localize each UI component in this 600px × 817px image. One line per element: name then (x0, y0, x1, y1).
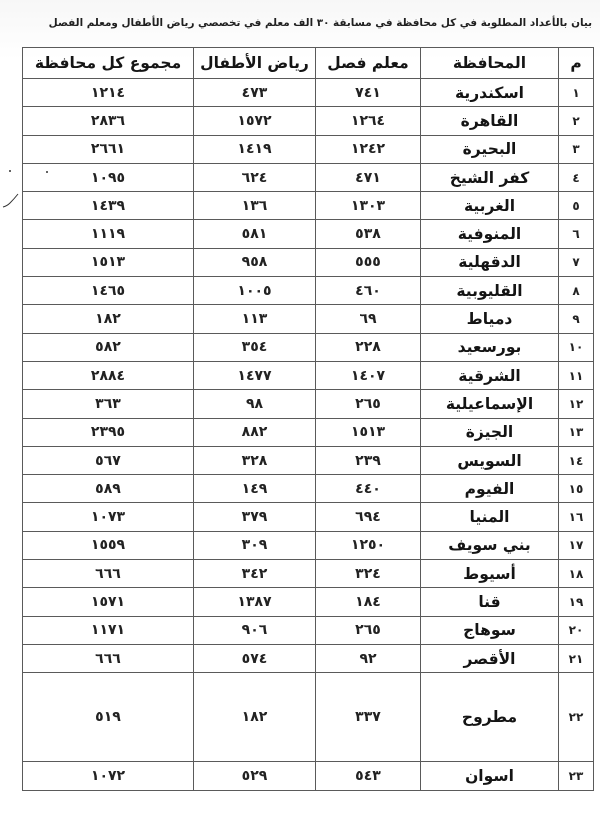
table-row: ٨القليوبية٤٦٠١٠٠٥١٤٦٥ (23, 277, 594, 305)
cell-kindergarten: ٣٥٤ (194, 333, 316, 361)
cell-kindergarten: ٩٨ (194, 390, 316, 418)
cell-governorate: سوهاج (421, 616, 559, 644)
cell-total: ٣٦٣ (23, 390, 194, 418)
cell-index: ٢٠ (559, 616, 594, 644)
cell-governorate: الغربية (421, 192, 559, 220)
table-row: ٧الدقهلية٥٥٥٩٥٨١٥١٣ (23, 248, 594, 276)
table-row: ١٨أسيوط٣٢٤٣٤٢٦٦٦ (23, 560, 594, 588)
cell-class-teacher: ١٢٤٢ (316, 135, 421, 163)
cell-index: ٧ (559, 248, 594, 276)
cell-index: ٢١ (559, 644, 594, 672)
cell-index: ١٧ (559, 531, 594, 559)
cell-class-teacher: ٦٩٤ (316, 503, 421, 531)
cell-kindergarten: ١٣٨٧ (194, 588, 316, 616)
cell-governorate: المنوفية (421, 220, 559, 248)
cell-kindergarten: ٦٢٤ (194, 163, 316, 191)
table-row: ٩دمياط٦٩١١٣١٨٢ (23, 305, 594, 333)
cell-class-teacher: ٥٣٨ (316, 220, 421, 248)
cell-total: ١٢١٤ (23, 79, 194, 107)
table-row: ١٢الإسماعيلية٢٦٥٩٨٣٦٣ (23, 390, 594, 418)
table-row: ٢٣اسوان٥٤٣٥٢٩١٠٧٢ (23, 762, 594, 791)
cell-governorate: قنا (421, 588, 559, 616)
cell-total: ٥١٩ (23, 673, 194, 762)
cell-class-teacher: ٩٢ (316, 644, 421, 672)
cell-governorate: الفيوم (421, 475, 559, 503)
cell-index: ٢٣ (559, 762, 594, 791)
cell-index: ١٩ (559, 588, 594, 616)
cell-class-teacher: ١٨٤ (316, 588, 421, 616)
cell-kindergarten: ١٥٧٢ (194, 107, 316, 135)
governorate-requirements-table: م المحافظة معلم فصل رياض الأطفال مجموع ك… (22, 47, 594, 791)
cell-total: ٢٨٨٤ (23, 361, 194, 389)
cell-total: ١٤٦٥ (23, 277, 194, 305)
cell-kindergarten: ١٤١٩ (194, 135, 316, 163)
cell-kindergarten: ٥٢٩ (194, 762, 316, 791)
cell-kindergarten: ١٨٢ (194, 673, 316, 762)
cell-total: ٦٦٦ (23, 644, 194, 672)
cell-total: ١٤٣٩ (23, 192, 194, 220)
cell-governorate: الأقصر (421, 644, 559, 672)
cell-governorate: السويس (421, 446, 559, 474)
cell-index: ٩ (559, 305, 594, 333)
cell-governorate: البحيرة (421, 135, 559, 163)
cell-index: ١٣ (559, 418, 594, 446)
table-row: ١٧بني سويف١٢٥٠٣٠٩١٥٥٩ (23, 531, 594, 559)
cell-governorate: اسوان (421, 762, 559, 791)
cell-governorate: المنيا (421, 503, 559, 531)
table-row: ٣البحيرة١٢٤٢١٤١٩٢٦٦١ (23, 135, 594, 163)
cell-index: ١٨ (559, 560, 594, 588)
cell-class-teacher: ٢٢٨ (316, 333, 421, 361)
cell-kindergarten: ٣٢٨ (194, 446, 316, 474)
cell-class-teacher: ٥٤٣ (316, 762, 421, 791)
document-title: بيان بالأعداد المطلوبة في كل محافظة في م… (78, 13, 592, 33)
header-kindergarten: رياض الأطفال (194, 48, 316, 79)
cell-index: ٢ (559, 107, 594, 135)
cell-index: ١٦ (559, 503, 594, 531)
cell-total: ٥٦٧ (23, 446, 194, 474)
cell-total: ١٥١٣ (23, 248, 194, 276)
cell-total: ١٠٩٥ (23, 163, 194, 191)
header-total: مجموع كل محافظة (23, 48, 194, 79)
table-row: ١اسكندرية٧٤١٤٧٣١٢١٤ (23, 79, 594, 107)
cell-kindergarten: ٥٨١ (194, 220, 316, 248)
cell-kindergarten: ٣٧٩ (194, 503, 316, 531)
cell-index: ١٤ (559, 446, 594, 474)
table-row: ٥الغربية١٣٠٣١٣٦١٤٣٩ (23, 192, 594, 220)
cell-total: ٢٨٣٦ (23, 107, 194, 135)
cell-class-teacher: ٢٣٩ (316, 446, 421, 474)
cell-total: ١٥٥٩ (23, 531, 194, 559)
cell-index: ١٥ (559, 475, 594, 503)
table-row: ١٥الفيوم٤٤٠١٤٩٥٨٩ (23, 475, 594, 503)
cell-index: ٨ (559, 277, 594, 305)
cell-index: ٢٢ (559, 673, 594, 762)
cell-class-teacher: ١٣٠٣ (316, 192, 421, 220)
cell-kindergarten: ٤٧٣ (194, 79, 316, 107)
stray-dot (9, 170, 11, 172)
cell-index: ١٢ (559, 390, 594, 418)
cell-class-teacher: ٢٦٥ (316, 616, 421, 644)
cell-class-teacher: ١٢٥٠ (316, 531, 421, 559)
cell-kindergarten: ٥٧٤ (194, 644, 316, 672)
table-row: ٢٢مطروح٣٣٧١٨٢٥١٩ (23, 673, 594, 762)
table-row: ١١الشرقية١٤٠٧١٤٧٧٢٨٨٤ (23, 361, 594, 389)
cell-governorate: القليوبية (421, 277, 559, 305)
cell-class-teacher: ٥٥٥ (316, 248, 421, 276)
cell-index: ٤ (559, 163, 594, 191)
cell-kindergarten: ٣٤٢ (194, 560, 316, 588)
cell-kindergarten: ١٠٠٥ (194, 277, 316, 305)
cell-class-teacher: ٧٤١ (316, 79, 421, 107)
cell-kindergarten: ٣٠٩ (194, 531, 316, 559)
cell-total: ١٠٧٢ (23, 762, 194, 791)
cell-total: ١٠٧٣ (23, 503, 194, 531)
cell-kindergarten: ١٣٦ (194, 192, 316, 220)
cell-total: ١٥٧١ (23, 588, 194, 616)
pen-stroke-mark (2, 193, 22, 209)
cell-index: ٦ (559, 220, 594, 248)
cell-governorate: الجيزة (421, 418, 559, 446)
cell-governorate: اسكندرية (421, 79, 559, 107)
cell-kindergarten: ١٤٩ (194, 475, 316, 503)
cell-class-teacher: ٦٩ (316, 305, 421, 333)
cell-total: ٥٨٩ (23, 475, 194, 503)
cell-total: ١١١٩ (23, 220, 194, 248)
cell-class-teacher: ١٤٠٧ (316, 361, 421, 389)
table-row: ١٤السويس٢٣٩٣٢٨٥٦٧ (23, 446, 594, 474)
table-row: ٢١الأقصر٩٢٥٧٤٦٦٦ (23, 644, 594, 672)
cell-class-teacher: ٤٤٠ (316, 475, 421, 503)
cell-class-teacher: ١٢٦٤ (316, 107, 421, 135)
table-row: ٢٠سوهاج٢٦٥٩٠٦١١٧١ (23, 616, 594, 644)
cell-kindergarten: ٨٨٢ (194, 418, 316, 446)
cell-governorate: بورسعيد (421, 333, 559, 361)
cell-class-teacher: ٣٣٧ (316, 673, 421, 762)
cell-kindergarten: ٩٥٨ (194, 248, 316, 276)
table-row: ١٠بورسعيد٢٢٨٣٥٤٥٨٢ (23, 333, 594, 361)
cell-kindergarten: ٩٠٦ (194, 616, 316, 644)
cell-class-teacher: ١٥١٣ (316, 418, 421, 446)
table-row: ٢القاهرة١٢٦٤١٥٧٢٢٨٣٦ (23, 107, 594, 135)
table-row: ١٦المنيا٦٩٤٣٧٩١٠٧٣ (23, 503, 594, 531)
cell-index: ١ (559, 79, 594, 107)
cell-governorate: بني سويف (421, 531, 559, 559)
table-row: ١٣الجيزة١٥١٣٨٨٢٢٣٩٥ (23, 418, 594, 446)
table-body: ١اسكندرية٧٤١٤٧٣١٢١٤٢القاهرة١٢٦٤١٥٧٢٢٨٣٦٣… (23, 79, 594, 791)
cell-total: ٦٦٦ (23, 560, 194, 588)
cell-total: ٢٦٦١ (23, 135, 194, 163)
cell-governorate: دمياط (421, 305, 559, 333)
cell-governorate: الإسماعيلية (421, 390, 559, 418)
cell-governorate: كفر الشيخ (421, 163, 559, 191)
cell-governorate: القاهرة (421, 107, 559, 135)
header-governorate: المحافظة (421, 48, 559, 79)
header-index: م (559, 48, 594, 79)
cell-index: ٥ (559, 192, 594, 220)
cell-class-teacher: ٣٢٤ (316, 560, 421, 588)
cell-total: ١١٧١ (23, 616, 194, 644)
cell-index: ٣ (559, 135, 594, 163)
cell-governorate: الدقهلية (421, 248, 559, 276)
cell-class-teacher: ٤٧١ (316, 163, 421, 191)
cell-governorate: أسيوط (421, 560, 559, 588)
cell-kindergarten: ١١٣ (194, 305, 316, 333)
cell-index: ١١ (559, 361, 594, 389)
cell-governorate: الشرقية (421, 361, 559, 389)
table-row: ٤كفر الشيخ٤٧١٦٢٤١٠٩٥ (23, 163, 594, 191)
cell-total: ٢٣٩٥ (23, 418, 194, 446)
table-row: ١٩قنا١٨٤١٣٨٧١٥٧١ (23, 588, 594, 616)
cell-kindergarten: ١٤٧٧ (194, 361, 316, 389)
table-header-row: م المحافظة معلم فصل رياض الأطفال مجموع ك… (23, 48, 594, 79)
cell-class-teacher: ٢٦٥ (316, 390, 421, 418)
cell-class-teacher: ٤٦٠ (316, 277, 421, 305)
header-class-teacher: معلم فصل (316, 48, 421, 79)
cell-total: ١٨٢ (23, 305, 194, 333)
cell-governorate: مطروح (421, 673, 559, 762)
cell-index: ١٠ (559, 333, 594, 361)
cell-total: ٥٨٢ (23, 333, 194, 361)
table-row: ٦المنوفية٥٣٨٥٨١١١١٩ (23, 220, 594, 248)
